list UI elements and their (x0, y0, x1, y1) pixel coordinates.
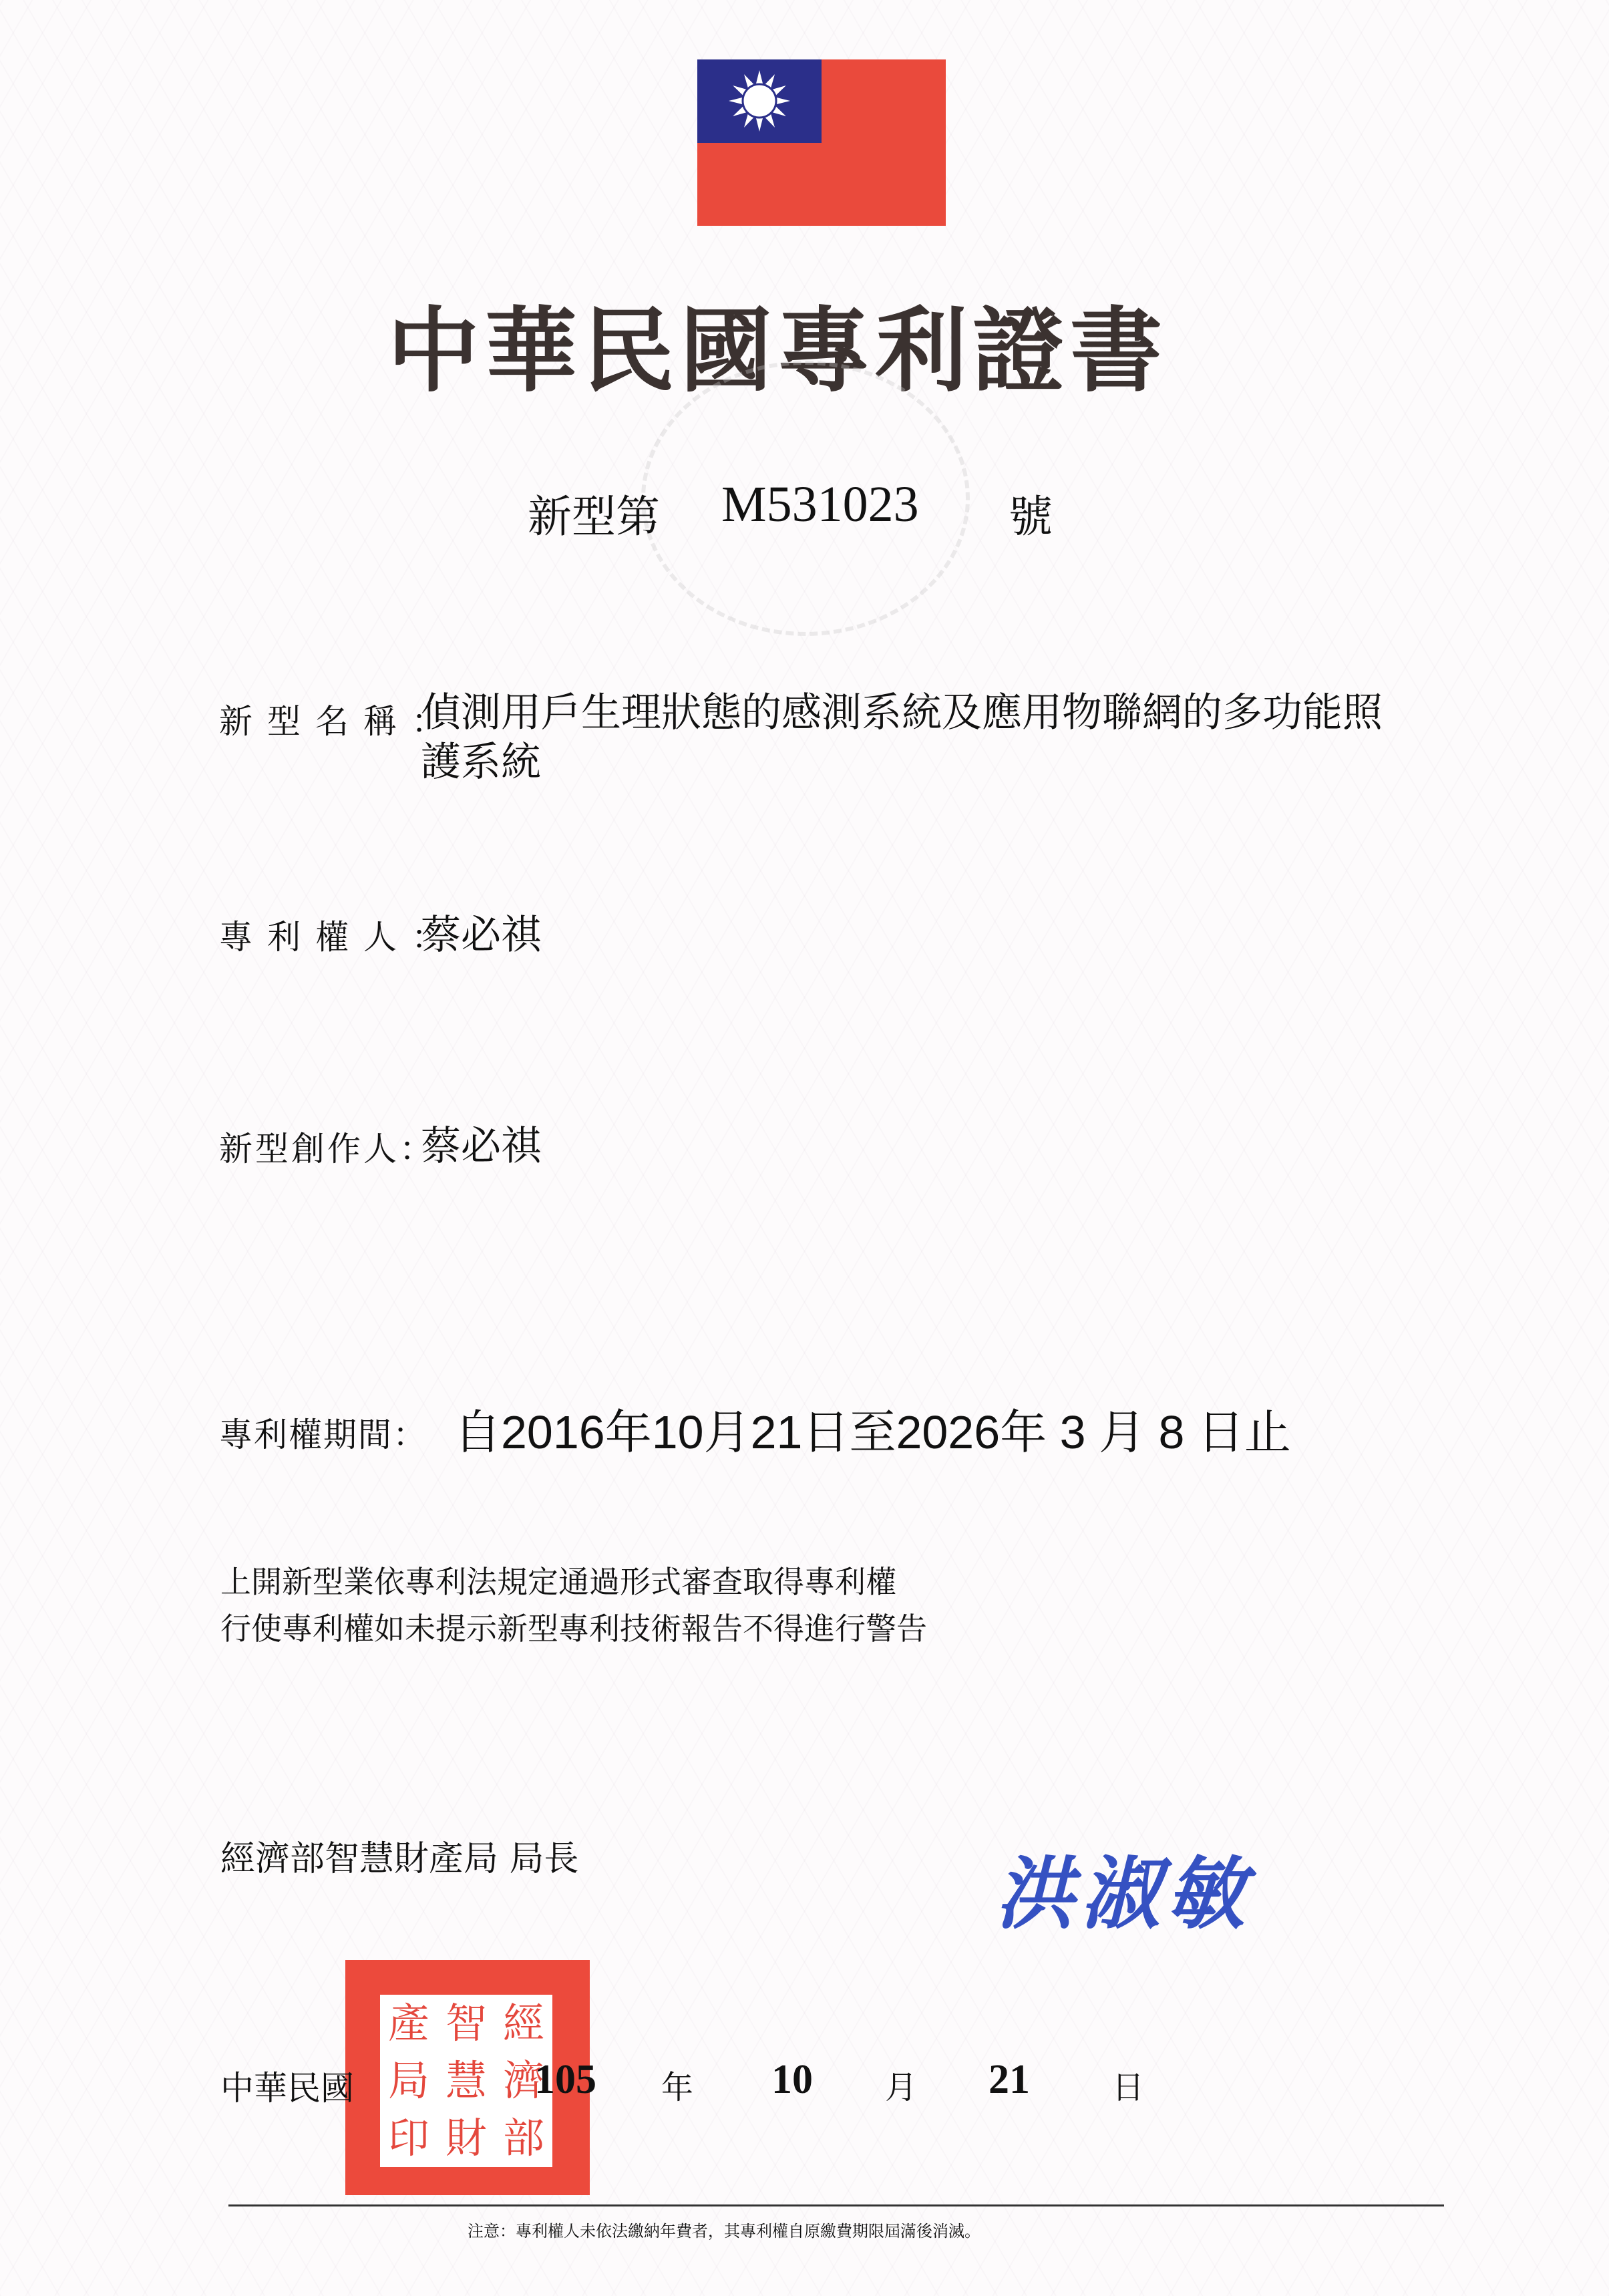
issue-year: 105 (534, 2056, 596, 2104)
issue-month: 10 (771, 2056, 813, 2104)
examination-note: 上開新型業依專利法規定通過形式審查取得專利權 (220, 1558, 896, 1602)
seal-char: 產 (380, 1995, 437, 2052)
seal-char: 經 (495, 1995, 552, 2052)
certificate-number-suffix: 號 (1009, 481, 1053, 544)
issue-date-prefix: 中華民國 (220, 2062, 354, 2110)
white-sun-icon (697, 59, 822, 143)
issue-month-unit: 月 (885, 2062, 917, 2108)
seal-char: 慧 (437, 2052, 495, 2110)
issue-day: 21 (989, 2056, 1030, 2104)
roc-flag-icon (697, 59, 946, 226)
creator-label: 新型創作人： (219, 1122, 435, 1170)
footer-divider (228, 2204, 1444, 2206)
issue-day-unit: 日 (1112, 2062, 1144, 2108)
patentee-value: 蔡必祺 (421, 903, 541, 961)
seal-char: 部 (495, 2110, 552, 2167)
issue-year-unit: 年 (661, 2062, 693, 2108)
warning-note: 行使專利權如未提示新型專利技術報告不得進行警告 (220, 1605, 927, 1649)
certificate-number-prefix: 新型第 (528, 481, 660, 544)
seal-char: 局 (380, 2052, 437, 2110)
annuity-footnote: 注意：專利權人未依法繳納年費者，其專利權自原繳費期限屆滿後消滅。 (468, 2218, 980, 2241)
patent-period-value: 自2016年10月21日至2026年 3 月 8 日止 (454, 1395, 1291, 1462)
seal-char: 財 (437, 2110, 495, 2167)
certificate-number: M531023 (721, 476, 919, 534)
director-signature: 洪淑敏 (995, 1830, 1252, 1944)
issuing-authority: 經濟部智慧財產局 局長 (220, 1830, 579, 1880)
patent-period-label: 專利權期間： (219, 1408, 427, 1456)
utility-model-name-value: 偵測用戶生理狀態的感測系統及應用物聯網的多功能照護系統 (421, 688, 1389, 787)
seal-char: 印 (380, 2110, 437, 2167)
seal-char: 智 (437, 1995, 495, 2052)
creator-value: 蔡必祺 (421, 1114, 541, 1172)
